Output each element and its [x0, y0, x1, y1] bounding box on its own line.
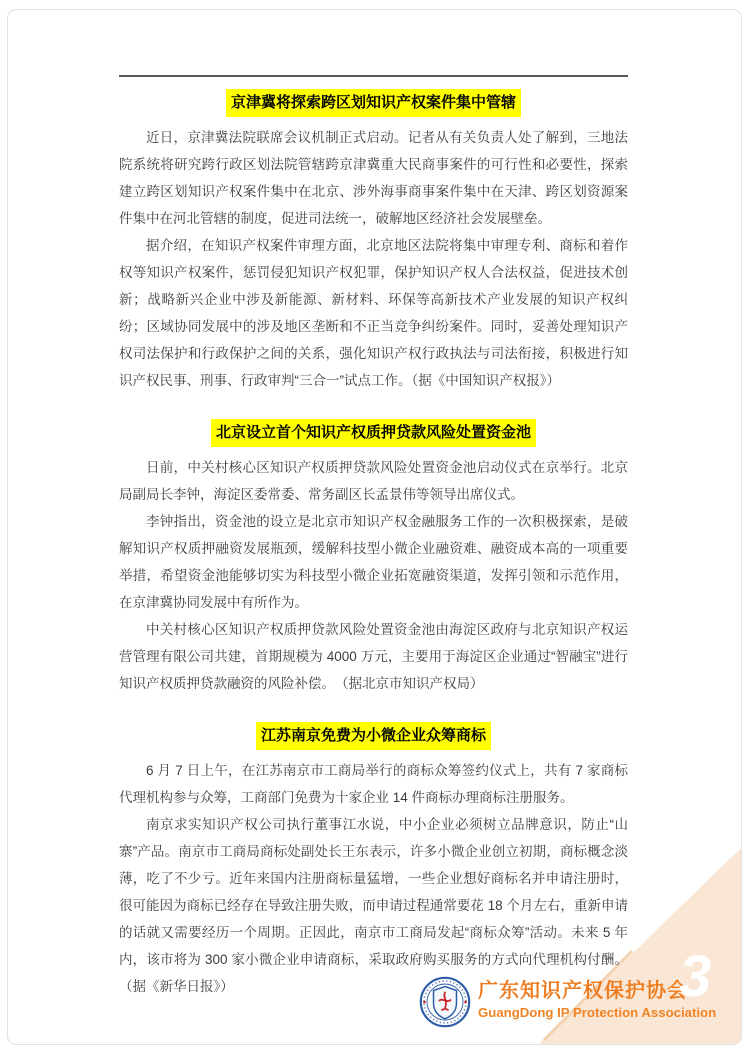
article-jingjinji: 京津冀将探索跨区划知识产权案件集中管辖 近日，京津冀法院联席会议机制正式启动。记… [119, 89, 628, 394]
paragraph: 中关村核心区知识产权质押贷款风险处置资金池由海淀区政府与北京知识产权运营管理有限… [119, 616, 628, 697]
article-nanjing-trademark: 江苏南京免费为小微企业众筹商标 6 月 7 日上午，在江苏南京市工商局举行的商标… [119, 722, 628, 1000]
page-card: 京津冀将探索跨区划知识产权案件集中管辖 近日，京津冀法院联席会议机制正式启动。记… [7, 9, 742, 1045]
article-title: 江苏南京免费为小微企业众筹商标 [119, 722, 628, 750]
association-name-en: GuangDong IP Protection Association [478, 1004, 688, 1021]
logo-red-dot-left [423, 1001, 426, 1004]
logo-red-dot-right [464, 1001, 467, 1004]
highlighted-title-text: 北京设立首个知识产权质押贷款风险处置资金池 [211, 419, 536, 447]
article-title: 北京设立首个知识产权质押贷款风险处置资金池 [119, 419, 628, 447]
top-rule [119, 75, 628, 77]
article-title: 京津冀将探索跨区划知识产权案件集中管辖 [119, 89, 628, 117]
highlighted-title-text: 京津冀将探索跨区划知识产权案件集中管辖 [226, 89, 521, 117]
paragraph: 6 月 7 日上午，在江苏南京市工商局举行的商标众筹签约仪式上，共有 7 家商标… [119, 757, 628, 811]
paragraph: 据介绍，在知识产权案件审理方面，北京地区法院将集中审理专利、商标和着作权等知识产… [119, 232, 628, 394]
highlighted-title-text: 江苏南京免费为小微企业众筹商标 [256, 722, 491, 750]
paragraph: 近日，京津冀法院联席会议机制正式启动。记者从有关负责人处了解到，三地法院系统将研… [119, 124, 628, 232]
page-number: 3 [679, 948, 711, 1006]
paragraph: 日前，中关村核心区知识产权质押贷款风险处置资金池启动仪式在京举行。北京局副局长李… [119, 454, 628, 508]
article-beijing-fund-pool: 北京设立首个知识产权质押贷款风险处置资金池 日前，中关村核心区知识产权质押贷款风… [119, 419, 628, 697]
paragraph: 李钟指出，资金池的设立是北京市知识产权金融服务工作的一次积极探索，是破解知识产权… [119, 508, 628, 616]
paragraph: 南京求实知识产权公司执行董事江水说，中小企业必须树立品牌意识，防止“山寨”产品。… [119, 811, 628, 1000]
article-column: 京津冀将探索跨区划知识产权案件集中管辖 近日，京津冀法院联席会议机制正式启动。记… [119, 10, 628, 1000]
